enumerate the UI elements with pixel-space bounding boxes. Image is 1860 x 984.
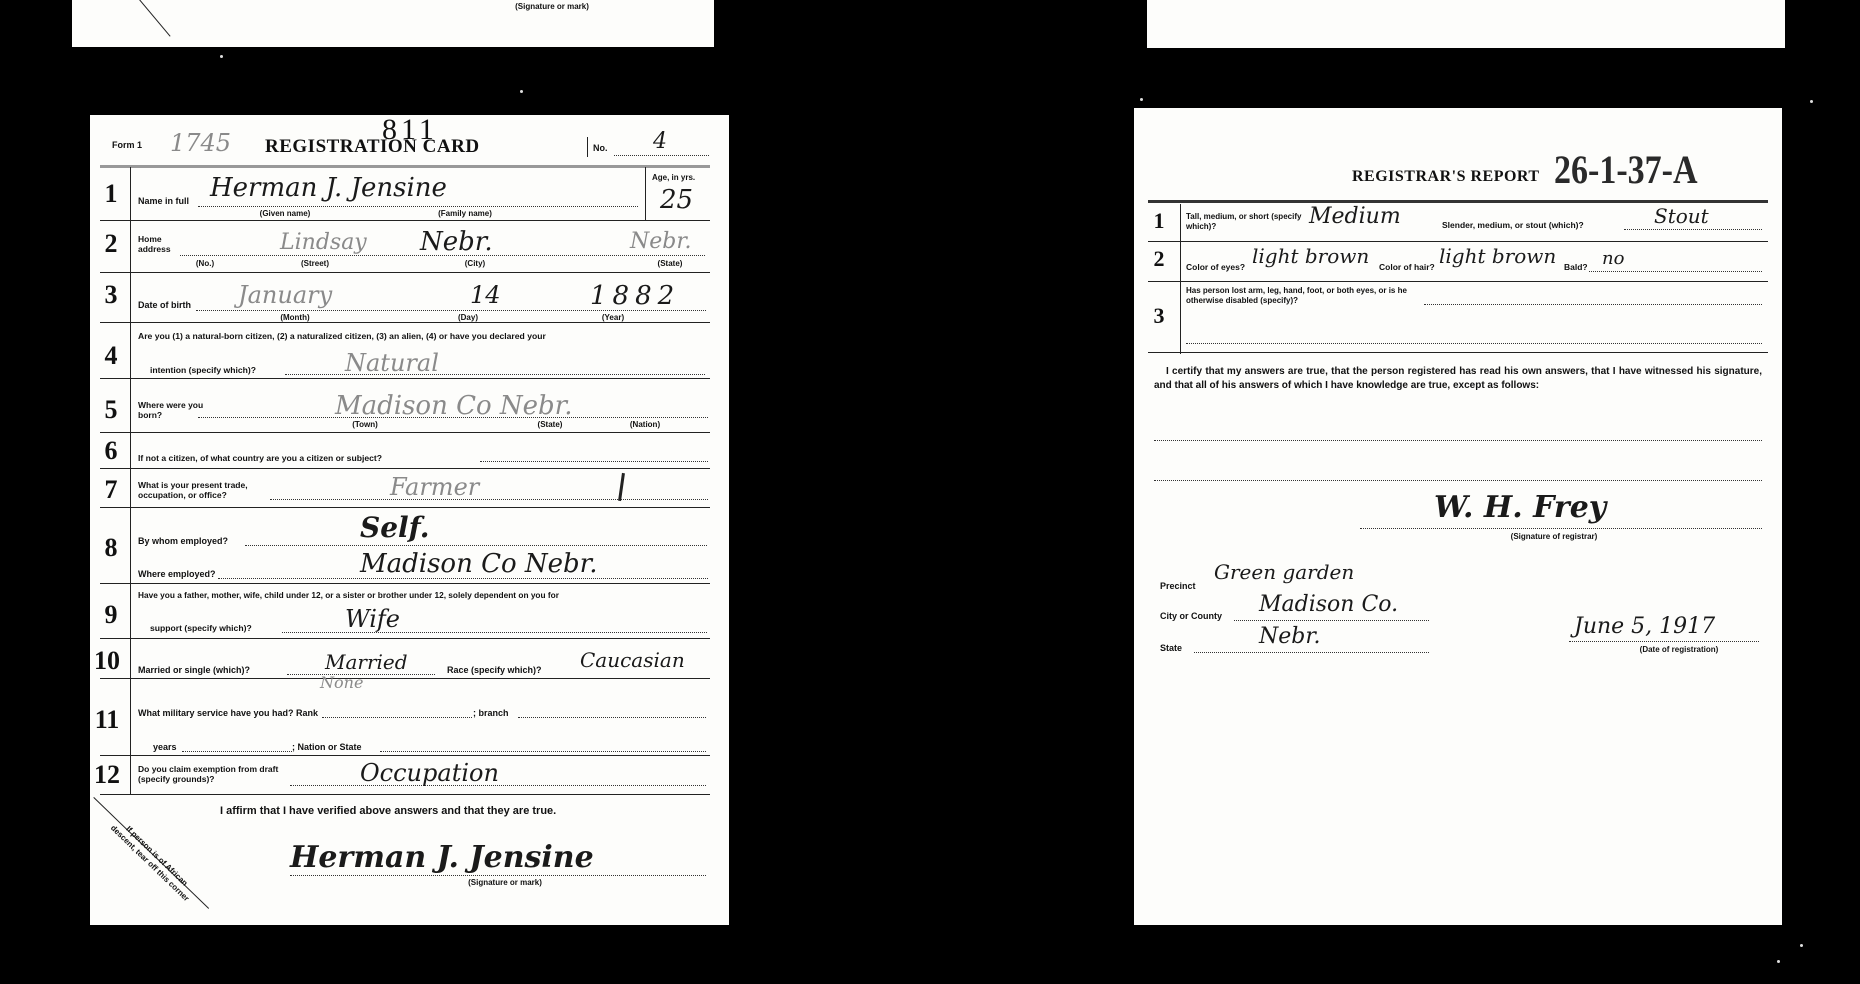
bald-value[interactable]: no	[1602, 248, 1624, 269]
caption-state: (State)	[530, 420, 570, 429]
form-number-handwritten: 1745	[170, 129, 231, 157]
dependents-question: Have you a father, mother, wife, child u…	[138, 590, 559, 600]
signature-caption: (Signature or mark)	[452, 2, 652, 11]
military-rank-label: What military service have you had? Rank	[138, 708, 318, 718]
caption-city: (City)	[455, 259, 495, 268]
occupation-label: What is your present trade, occupation, …	[138, 480, 268, 500]
no-label: No.	[593, 143, 608, 153]
bald-line	[1589, 271, 1762, 272]
occupation-line	[270, 499, 708, 500]
caption-day: (Day)	[448, 313, 488, 322]
dob-label: Date of birth	[138, 300, 191, 310]
no-line	[614, 155, 709, 156]
registrar-report-card: REGISTRAR'S REPORT 26-1-37-A 1 Tall, med…	[1134, 108, 1782, 925]
header-rule	[100, 165, 710, 168]
build-line	[1624, 229, 1762, 230]
caption-no: (No.)	[185, 259, 225, 268]
report-title: REGISTRAR'S REPORT	[1352, 168, 1540, 186]
exception-line-2	[1154, 480, 1762, 481]
top-left-card-fragment: (Signature or mark)	[72, 0, 714, 47]
employment-place-value[interactable]: Madison Co Nebr.	[360, 549, 598, 579]
home-address-label: Home address	[138, 234, 178, 254]
row-rule	[100, 468, 710, 469]
height-label: Tall, medium, or short (specify which)?	[1186, 212, 1316, 232]
precinct-label: Precinct	[1160, 581, 1196, 591]
disability-label: Has person lost arm, leg, hand, foot, or…	[1186, 286, 1431, 306]
row-rule	[1148, 352, 1768, 353]
address-city-value[interactable]: Nebr.	[420, 227, 493, 257]
row-rule	[100, 755, 710, 756]
row-number: 1	[1142, 208, 1176, 234]
registration-date-value[interactable]: June 5, 1917	[1574, 614, 1715, 639]
row-rule	[100, 272, 710, 273]
row-rule	[1148, 281, 1768, 282]
military-branch-line	[518, 717, 706, 718]
row-number: 1	[94, 179, 128, 209]
race-label: Race (specify which)?	[447, 665, 542, 675]
report-serial: 26-1-37-A	[1554, 146, 1698, 193]
certification-text: I certify that my answers are true, that…	[1154, 365, 1762, 393]
row-number: 11	[90, 705, 124, 735]
city-county-label: City or County	[1160, 611, 1222, 621]
no-value: 4	[653, 129, 667, 154]
row-rule	[100, 432, 710, 433]
foreign-citizenship-line	[480, 461, 708, 462]
top-right-card-fragment	[1147, 0, 1785, 48]
name-value[interactable]: Herman J. Jensine	[210, 173, 447, 203]
occupation-mark	[618, 473, 625, 501]
caption-family-name: (Family name)	[420, 209, 510, 218]
number-column-divider	[130, 167, 131, 794]
stamped-serial: 811	[382, 113, 438, 147]
height-value[interactable]: Medium	[1309, 204, 1401, 229]
build-label: Slender, medium, or stout (which)?	[1442, 220, 1584, 230]
dob-month-value[interactable]: January	[238, 281, 332, 309]
registrar-caption: (Signature of registrar)	[1494, 532, 1614, 541]
caption-nation: (Nation)	[620, 420, 670, 429]
military-branch-label: ; branch	[473, 708, 509, 718]
age-label: Age, in yrs.	[652, 173, 695, 182]
citizenship-value[interactable]: Natural	[345, 349, 439, 377]
row-number: 2	[1142, 246, 1176, 272]
caption-state: (State)	[650, 259, 690, 268]
no-divider	[587, 137, 588, 157]
dust-speck	[1800, 944, 1803, 947]
row-number: 2	[94, 229, 128, 259]
registrant-signature: Herman J. Jensine	[290, 840, 594, 875]
dependents-question-cont: support (specify which)?	[150, 623, 252, 633]
signature-line	[290, 875, 706, 876]
registration-card: Form 1 1745 REGISTRATION CARD 811 No. 4 …	[90, 115, 729, 925]
eye-color-value[interactable]: light brown	[1252, 244, 1369, 268]
bald-label: Bald?	[1564, 262, 1588, 272]
header-rule	[1148, 200, 1768, 203]
number-column-divider	[1180, 204, 1181, 354]
disability-line	[1424, 304, 1762, 305]
dob-day-value[interactable]: 14	[470, 281, 501, 309]
row-rule	[100, 638, 710, 639]
name-label: Name in full	[138, 196, 189, 206]
precinct-value[interactable]: Green garden	[1214, 560, 1354, 584]
caption-month: (Month)	[265, 313, 325, 322]
eye-color-label: Color of eyes?	[1186, 262, 1245, 272]
corner-note: If person is of African descent, tear of…	[106, 815, 199, 906]
build-value[interactable]: Stout	[1654, 204, 1709, 228]
row-rule	[100, 322, 710, 323]
row-rule	[100, 220, 710, 221]
exception-line-1	[1154, 440, 1762, 441]
employer-label: By whom employed?	[138, 536, 228, 546]
name-line	[198, 206, 638, 207]
signature-caption: (Signature or mark)	[450, 878, 560, 887]
state-line	[1194, 652, 1429, 653]
row-number: 7	[94, 475, 128, 505]
marital-label: Married or single (which)?	[138, 665, 250, 675]
state-value[interactable]: Nebr.	[1259, 624, 1320, 649]
birthplace-value[interactable]: Madison Co Nebr.	[335, 391, 573, 421]
dependents-value[interactable]: Wife	[345, 605, 400, 633]
dust-speck	[1140, 98, 1143, 101]
employer-value[interactable]: Self.	[360, 511, 429, 544]
row-number: 4	[94, 341, 128, 371]
caption-town: (Town)	[345, 420, 385, 429]
marital-value[interactable]: Married	[325, 650, 408, 674]
dust-speck	[1777, 960, 1780, 963]
military-nation-label: ; Nation or State	[292, 742, 362, 752]
row-rule	[100, 794, 710, 795]
row-number: 12	[90, 760, 124, 790]
address-street-value[interactable]: Lindsay	[280, 230, 367, 255]
registrar-signature: W. H. Frey	[1434, 490, 1606, 525]
registrar-signature-line	[1360, 528, 1762, 529]
hair-color-label: Color of hair?	[1379, 262, 1435, 272]
registration-date-caption: (Date of registration)	[1614, 645, 1744, 654]
row-rule	[100, 507, 710, 508]
exemption-label: Do you claim exemption from draft (speci…	[138, 764, 288, 784]
dust-speck	[520, 90, 523, 93]
disability-line-2	[1186, 343, 1762, 344]
state-label: State	[1160, 643, 1182, 653]
row-number: 8	[94, 533, 128, 563]
row-number: 3	[94, 280, 128, 310]
dob-year-value[interactable]: 1882	[590, 281, 680, 311]
caption-street: (Street)	[285, 259, 345, 268]
citizenship-question-cont: intention (specify which)?	[150, 365, 256, 375]
age-value[interactable]: 25	[660, 185, 693, 215]
row-rule	[100, 678, 710, 679]
occupation-value[interactable]: Farmer	[390, 473, 479, 501]
citizenship-question: Are you (1) a natural-born citizen, (2) …	[138, 331, 546, 341]
military-service-value[interactable]: None	[320, 673, 363, 692]
hair-color-value[interactable]: light brown	[1439, 244, 1556, 268]
row-rule	[100, 378, 710, 379]
card-title: REGISTRATION CARD	[265, 136, 480, 158]
affirmation-text: I affirm that I have verified above answ…	[220, 805, 556, 817]
registration-date-line	[1569, 641, 1759, 642]
city-county-line	[1234, 620, 1429, 621]
row-rule	[100, 583, 710, 584]
employer-line	[245, 545, 707, 546]
dust-speck	[220, 55, 223, 58]
caption-given-name: (Given name)	[240, 209, 330, 218]
exemption-value[interactable]: Occupation	[360, 759, 499, 787]
row-number: 3	[1142, 303, 1176, 329]
dust-speck	[1810, 100, 1813, 103]
row-number: 6	[94, 436, 128, 466]
military-years-label: years	[153, 742, 177, 752]
address-state-value[interactable]: Nebr.	[630, 229, 691, 254]
corner-tear-line	[131, 0, 170, 37]
row-number: 9	[94, 600, 128, 630]
race-value[interactable]: Caucasian	[580, 648, 685, 672]
foreign-citizenship-label: If not a citizen, of what country are yo…	[138, 453, 382, 463]
employment-place-label: Where employed?	[138, 569, 216, 579]
military-rank-line	[322, 717, 472, 718]
caption-year: (Year)	[593, 313, 633, 322]
row-number: 10	[90, 646, 124, 676]
military-nation-line	[380, 751, 706, 752]
row-number: 5	[94, 395, 128, 425]
row-rule	[1148, 241, 1768, 242]
form-label: Form 1	[112, 140, 142, 150]
city-county-value[interactable]: Madison Co.	[1259, 592, 1398, 617]
military-years-line	[182, 751, 292, 752]
age-divider	[645, 167, 646, 220]
